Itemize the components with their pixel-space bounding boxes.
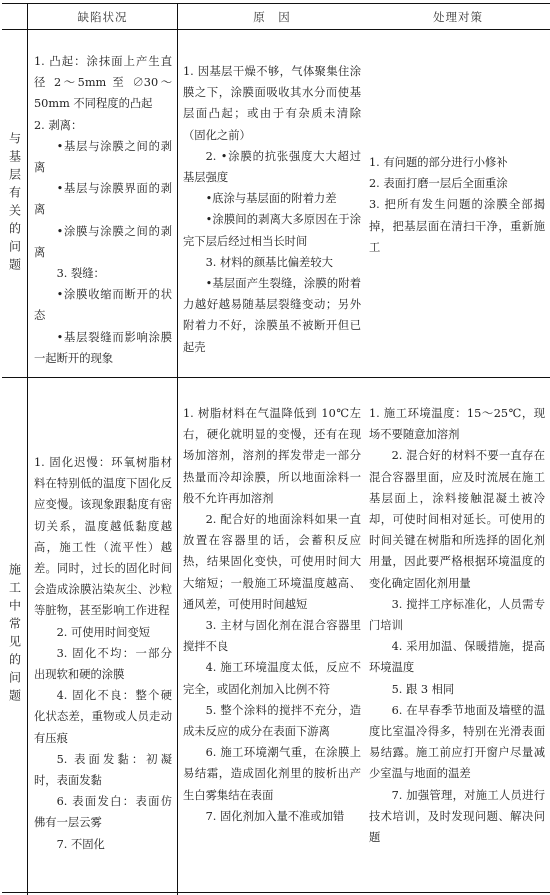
cause-item: •基层面产生裂缝，涂膜的附着力越好越易随基层裂缝变动；另外附着力不好，涂膜虽不被… xyxy=(183,273,361,358)
row-1-solutions-cell: 1. 有问题的部分进行小修补2. 表面打磨一层后全面重涂3. 把所有发生问题的涂… xyxy=(369,152,545,258)
cause-item: 2. •涂膜的抗张强度大大超过基层强度 xyxy=(183,146,361,188)
row-1-category: 与基层有关的问题 xyxy=(2,30,27,377)
row-1-causes-cell: 1. 因基层干燥不够，气体聚集住涂膜之下，涂膜面吸收其水分而使基层面凸起；或由于… xyxy=(183,61,361,358)
cause-item: 1. 因基层干燥不够，气体聚集住涂膜之下，涂膜面吸收其水分而使基层面凸起；或由于… xyxy=(183,61,361,146)
cause-item: 7. 固化剂加入量不准或加错 xyxy=(183,806,361,827)
row-2-causes-cell: 1. 树脂材料在气温降低到 10℃左右，硬化就明显的变慢，还有在现场加溶剂，溶剂… xyxy=(183,403,361,827)
row-2-category: 施工中常见的问题 xyxy=(2,378,27,892)
solution-item: 1. 有问题的部分进行小修补 xyxy=(369,152,545,173)
cause-item: 3. 主材与固化剂在混合容器里搅拌不良 xyxy=(183,615,361,657)
defect-item: 2. 剥离： xyxy=(34,115,172,136)
defect-item: 1. 固化迟慢：环氧树脂材料在特别低的温度下固化反应变慢。该现象跟黏度有密切关系… xyxy=(34,452,172,622)
table-bottom-border xyxy=(2,892,550,893)
solution-item: 2. 表面打磨一层后全面重涂 xyxy=(369,173,545,194)
solution-item: 4. 采用加温、保暖措施，提高环境温度 xyxy=(369,636,545,678)
header-causes: 原 因 xyxy=(178,4,366,29)
row-2-solutions-cell: 1. 施工环境温度：15～25℃，现场不要随意加溶剂2. 混合好的材料不要一直存… xyxy=(369,403,545,848)
defect-item: •基层裂缝而影响涂膜一起断开的现象 xyxy=(34,327,172,369)
solution-item: 3. 把所有发生问题的涂膜全部揭掉，把基层面在清扫干净，重新施工 xyxy=(369,194,545,258)
defect-item: 3. 固化不均：一部分出现软和硬的涂膜 xyxy=(34,643,172,685)
defect-item: 2. 可使用时间变短 xyxy=(34,622,172,643)
defect-item: •基层与涂膜界面的剥离 xyxy=(34,178,172,220)
solution-item: 3. 搅拌工序标准化，人员需专门培训 xyxy=(369,594,545,636)
defect-item: •基层与涂膜之间的剥离 xyxy=(34,136,172,178)
category-label: 施工中常见的问题 xyxy=(9,563,21,707)
cause-item: 1. 树脂材料在气温降低到 10℃左右，硬化就明显的变慢，还有在现场加溶剂，溶剂… xyxy=(183,403,361,509)
cause-item: 5. 整个涂料的搅拌不充分，造成未反应的成分在表面下游离 xyxy=(183,700,361,742)
category-label: 与基层有关的问题 xyxy=(9,132,21,276)
header-divider xyxy=(2,29,550,30)
solution-item: 2. 混合好的材料不要一直存在混合容器里面，应及时流展在施工基层面上，涂料接触混… xyxy=(369,445,545,593)
defect-item: 5. 表面发黏：初凝时，表面发黏 xyxy=(34,749,172,791)
defect-item: •涂膜收缩而断开的状态 xyxy=(34,284,172,326)
header-defects: 缺陷状况 xyxy=(28,4,177,29)
column-divider-2 xyxy=(177,3,178,895)
solution-item: 5. 跟 3 相同 xyxy=(369,679,545,700)
defect-item: 4. 固化不良：整个硬化状态差，重物或人员走动有压痕 xyxy=(34,685,172,749)
cause-item: 3. 材料的颜基比偏差较大 xyxy=(183,252,361,273)
cause-item: 4. 施工环境温度太低，反应不完全，或固化剂加入比例不符 xyxy=(183,657,361,699)
defect-item: •涂膜与涂膜之间的剥离 xyxy=(34,221,172,263)
header-solutions: 处理对策 xyxy=(366,4,550,29)
cause-item: 6. 施工环境潮气重，在涂膜上易结霜，造成固化剂里的胺析出产生白雾集结在表面 xyxy=(183,742,361,806)
solution-item: 6. 在早春季节地面及墙壁的温度比室温冷得多，特别在光滑表面易结露。施工前应打开… xyxy=(369,700,545,785)
row-2-defects-cell: 1. 固化迟慢：环氧树脂材料在特别低的温度下固化反应变慢。该现象跟黏度有密切关系… xyxy=(34,452,172,855)
defect-item: 3. 裂缝： xyxy=(34,263,172,284)
defect-item: 1. 凸起：涂抹面上产生直径 2～5mm 至 ∅30～50mm 不同程度的凸起 xyxy=(34,51,172,115)
defects-table: 缺陷状况 原 因 处理对策 与基层有关的问题 1. 凸起：涂抹面上产生直径 2～… xyxy=(0,0,550,895)
cause-item: 2. 配合好的地面涂料如果一直放置在容器里的话，会蓄积反应热，结果固化变快，可使… xyxy=(183,509,361,615)
row-1-defects-cell: 1. 凸起：涂抹面上产生直径 2～5mm 至 ∅30～50mm 不同程度的凸起2… xyxy=(34,51,172,369)
row-divider xyxy=(2,377,550,378)
solution-item: 1. 施工环境温度：15～25℃，现场不要随意加溶剂 xyxy=(369,403,545,445)
cause-item: •涂膜间的剥离大多原因在于涂完下层后经过相当长时间 xyxy=(183,209,361,251)
column-divider-1 xyxy=(27,3,28,895)
cause-item: •底涂与基层面的附着力差 xyxy=(183,188,361,209)
solution-item: 7. 加强管理，对施工人员进行技术培训，及时发现问题、解决问题 xyxy=(369,785,545,849)
defect-item: 7. 不固化 xyxy=(34,834,172,855)
defect-item: 6. 表面发白：表面仿佛有一层云雾 xyxy=(34,791,172,833)
